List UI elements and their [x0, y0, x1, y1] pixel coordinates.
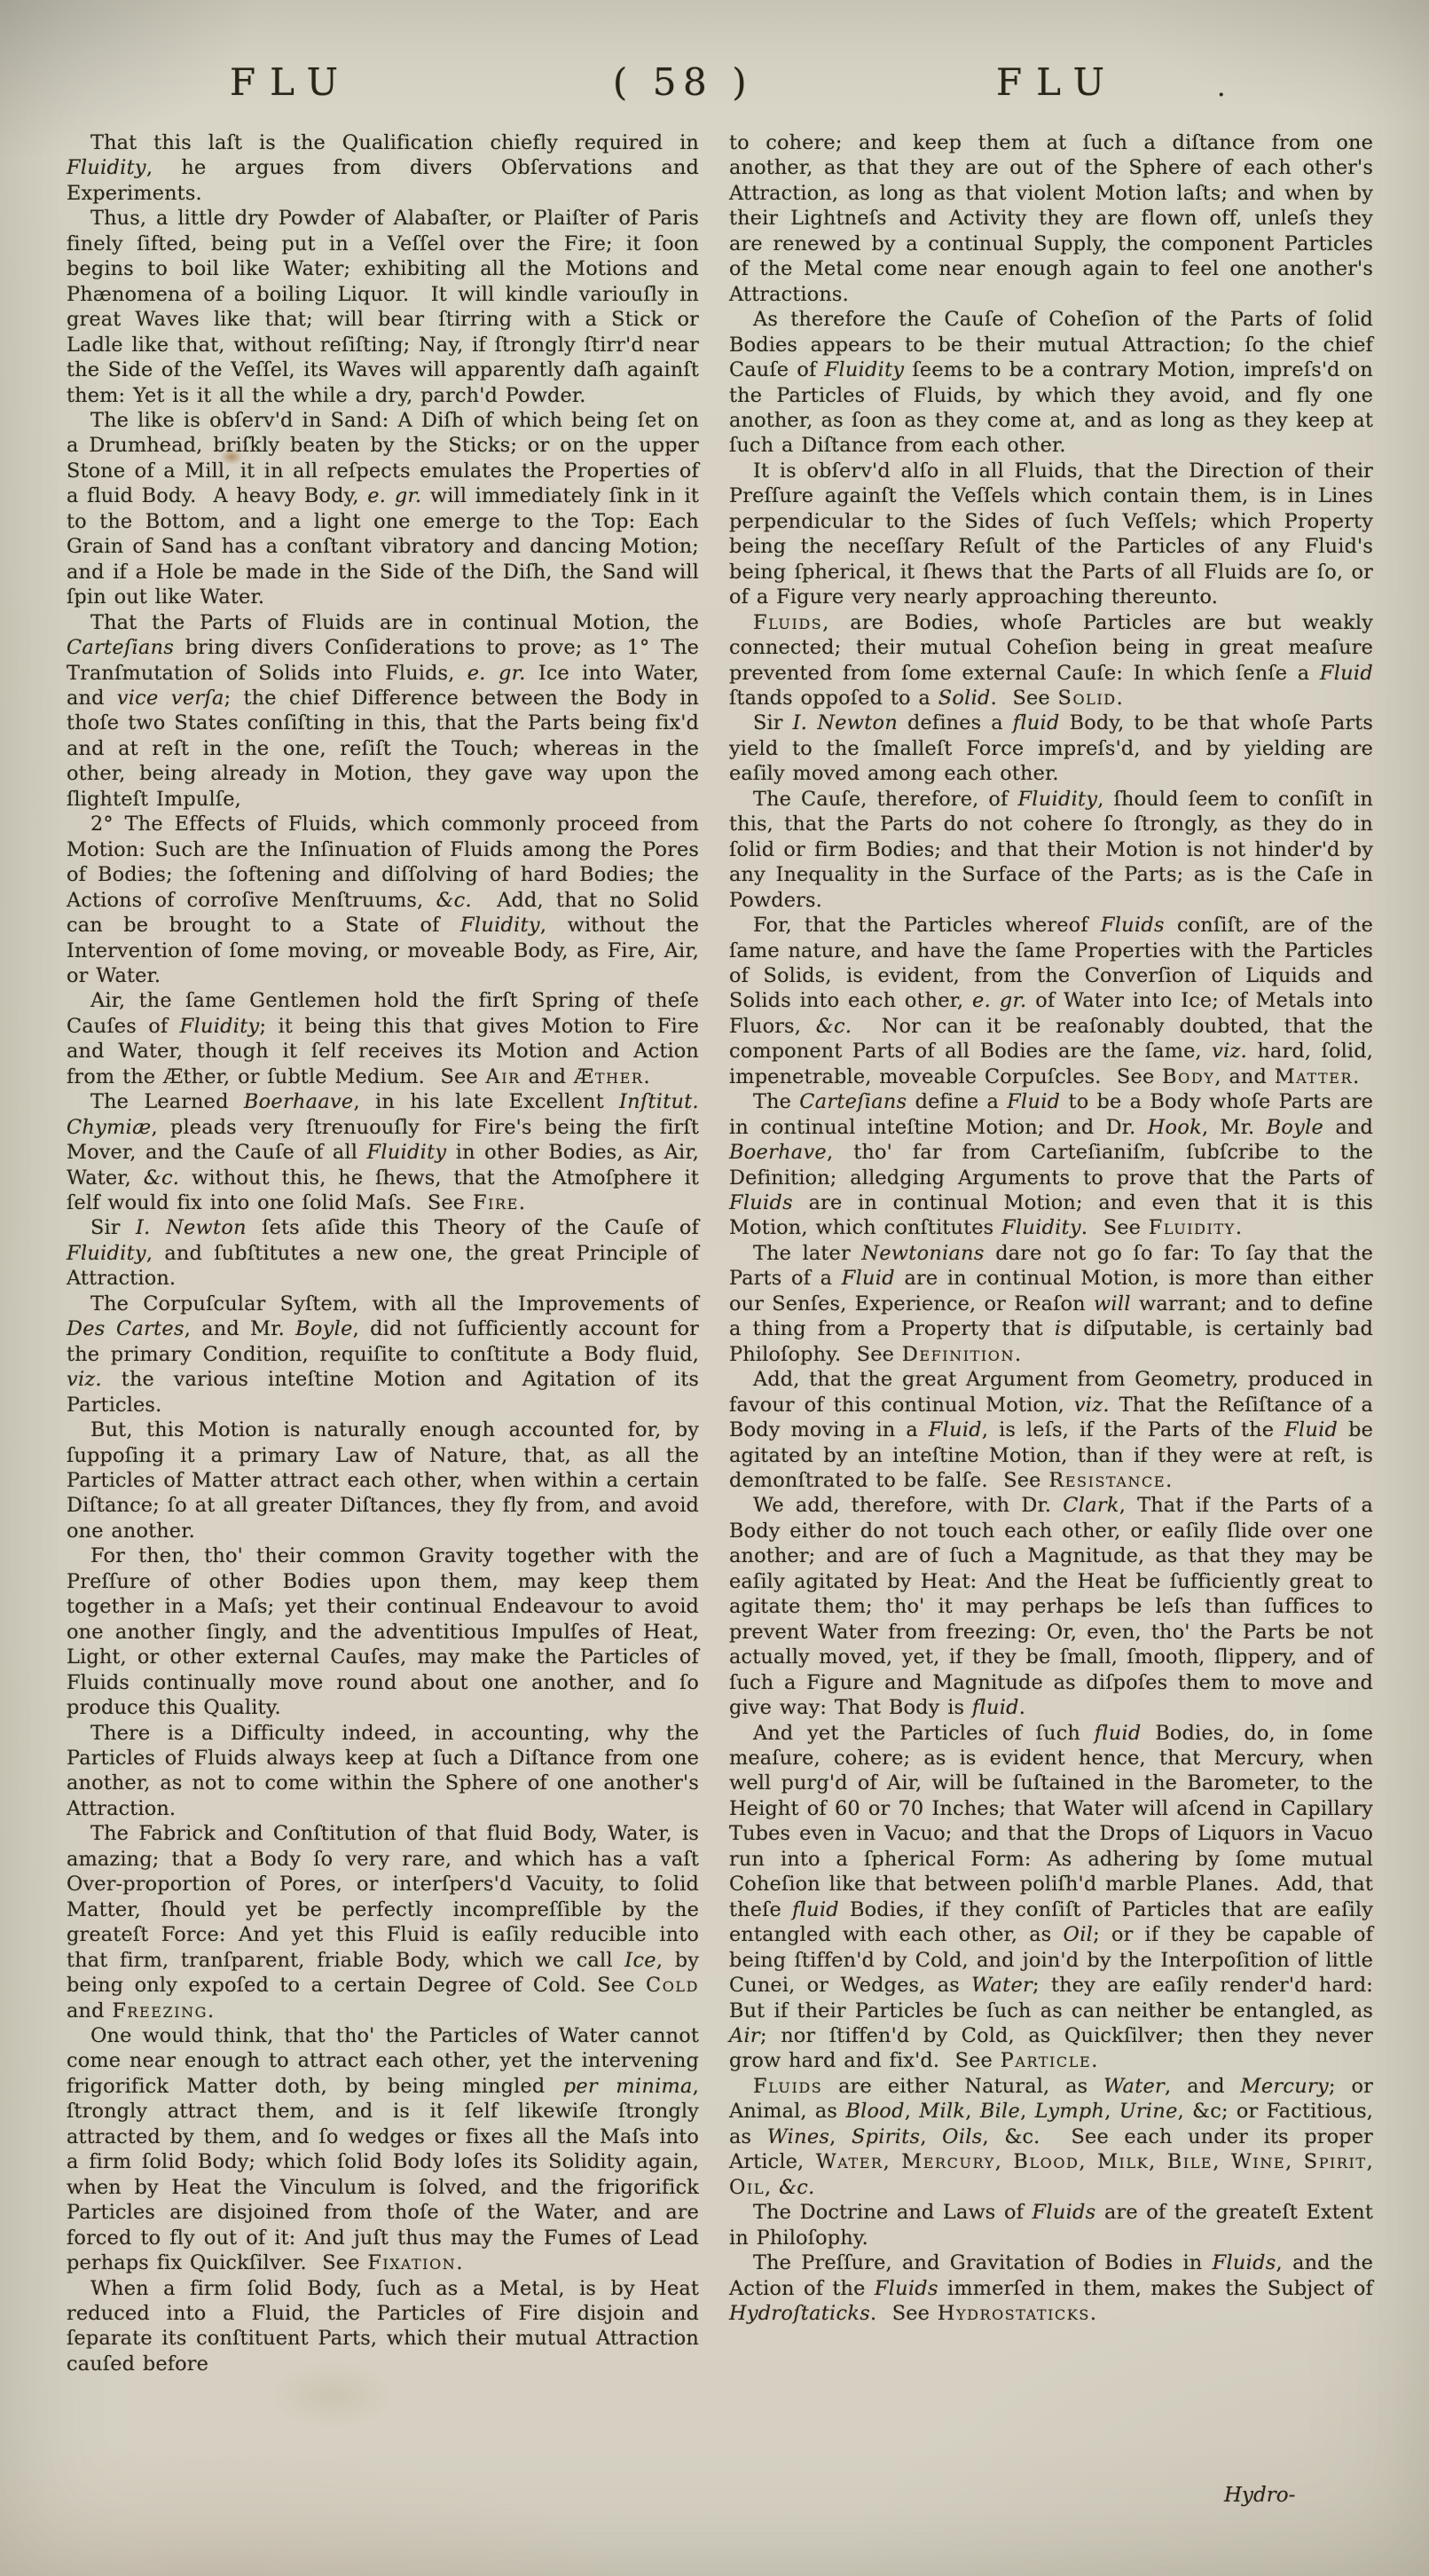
paragraph: The Doctrine and Laws of Fluids are of t… [729, 2200, 1373, 2250]
running-head-right: FLU [960, 51, 1155, 114]
paragraph: The Carteſians define a Fluid to be a Bo… [729, 1089, 1373, 1241]
paragraph: One would think, that tho' the Particles… [67, 2023, 699, 2276]
catchword: Hydro- [1224, 2484, 1375, 2507]
paragraph: When a firm ſolid Body, ſuch as a Metal,… [67, 2276, 699, 2377]
paragraph: The Preſſure, and Gravitation of Bodies … [729, 2250, 1373, 2326]
paragraph: Air, the ſame Gentlemen hold the firſt S… [67, 988, 699, 1089]
paragraph: That this laſt is the Qualification chie… [67, 130, 699, 206]
paragraph: Add, that the great Argument from Geomet… [729, 1367, 1373, 1493]
paragraph: As therefore the Cauſe of Coheſion of th… [729, 307, 1373, 459]
running-head-mark: . [1217, 57, 1226, 119]
text-column-right: to cohere; and keep them at ſuch a diſta… [729, 130, 1373, 2326]
paragraph: There is a Difficulty indeed, in account… [67, 1721, 699, 1822]
paragraph: The later Newtonians dare not go ſo far:… [729, 1241, 1373, 1367]
paragraph: For, that the Particles whereof Fluids c… [729, 913, 1373, 1089]
paragraph: But, this Motion is naturally enough acc… [67, 1418, 699, 1543]
paragraph: 2° The Effects of Fluids, which commonly… [67, 812, 699, 988]
paragraph: The Cauſe, therefore, of Fluidity, ſhoul… [729, 787, 1373, 913]
paragraph: Thus, a little dry Powder of Alabaſter, … [67, 206, 699, 408]
paragraph: The Fabrick and Conſtitution of that flu… [67, 1821, 699, 2023]
paragraph: The Learned Boerhaave, in his late Excel… [67, 1089, 699, 1215]
paragraph: We add, therefore, with Dr. Clark, That … [729, 1493, 1373, 1720]
paragraph: The like is obſerv'd in Sand: A Diſh of … [67, 408, 699, 610]
page-number: ( 58 ) [577, 51, 789, 114]
scanned-book-page: FLU ( 58 ) FLU . That this laſt is the Q… [0, 0, 1429, 2576]
paragraph: Fluids are either Natural, as Water, and… [729, 2074, 1373, 2200]
paragraph: The Corpuſcular Syſtem, with all the Imp… [67, 1292, 699, 1418]
paragraph: For then, tho' their common Gravity toge… [67, 1543, 699, 1720]
paragraph: to cohere; and keep them at ſuch a diſta… [729, 130, 1373, 307]
running-head-left: FLU [193, 51, 389, 114]
paragraph: That the Parts of Fluids are in continua… [67, 610, 699, 813]
text-column-left: That this laſt is the Qualification chie… [67, 130, 699, 2376]
paragraph: Fluids, are Bodies, whoſe Particles are … [729, 610, 1373, 711]
paragraph: It is obſerv'd alſo in all Fluids, that … [729, 459, 1373, 610]
running-head: FLU ( 58 ) FLU . [0, 51, 1429, 114]
paragraph: Sir I. Newton ſets aſide this Theory of … [67, 1215, 699, 1291]
paragraph: And yet the Particles of ſuch fluid Bodi… [729, 1721, 1373, 2074]
paragraph: Sir I. Newton defines a fluid Body, to b… [729, 711, 1373, 786]
